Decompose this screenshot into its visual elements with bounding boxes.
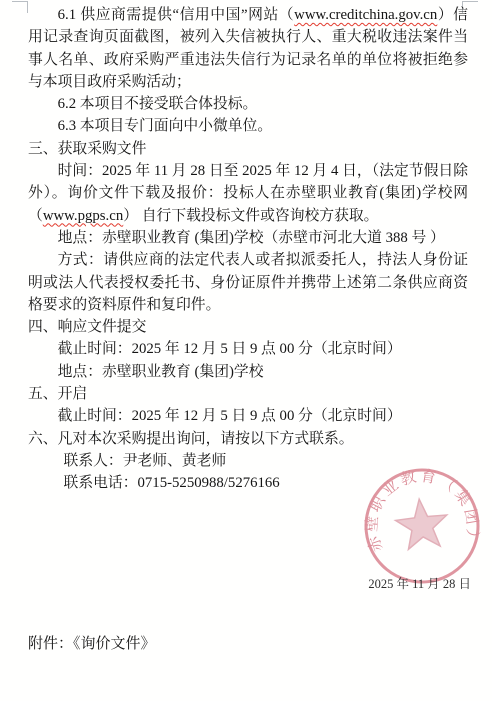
- star-icon: [394, 496, 450, 550]
- paragraph-6-2: 6.2 本项目不接受联合体投标。: [28, 93, 468, 115]
- margin-crop-mark-top-left: [12, 1, 28, 13]
- school-site-url-text: www.pgps.cn: [43, 208, 123, 224]
- paragraph-deadline-2: 截止时间：2025 年 12 月 5 日 9 点 00 分（北京时间）: [28, 405, 468, 427]
- paragraph-6-1: 6.1 供应商需提供“信用中国”网站（www.creditchina.gov.c…: [28, 4, 468, 93]
- section-heading-3: 三、获取采购文件: [28, 138, 468, 160]
- paragraph-6-3: 6.3 本项目专门面向中小微单位。: [28, 115, 468, 137]
- section-heading-5: 五、开启: [28, 383, 468, 405]
- paragraph-contact-name: 联系人：尹老师、黄老师: [28, 450, 468, 472]
- paragraph-address-2: 地点：赤壁职业教育 (集团)学校: [28, 361, 468, 383]
- creditchina-url-text: www.creditchina.gov.cn: [294, 7, 437, 23]
- paragraph-method: 方式：请供应商的法定代表人或者拟派委托人，持法人身份证明或法人代表授权委托书、身…: [28, 249, 468, 316]
- paragraph-time-post: ） 自行下载投标文件或咨询校方获取。: [123, 208, 378, 224]
- attachment-line: 附件：《询价文件》: [28, 632, 156, 653]
- paragraph-address-1: 地点：赤壁职业教育 (集团)学校（赤壁市河北大道 388 号 ）: [28, 227, 468, 249]
- document-body: 6.1 供应商需提供“信用中国”网站（www.creditchina.gov.c…: [28, 4, 468, 495]
- section-heading-6: 六、凡对本次采购提出询问，请按以下方式联系。: [28, 428, 468, 450]
- paragraph-contact-phone: 联系电话：0715-5250988/5276166: [28, 472, 468, 494]
- document-page: 6.1 供应商需提供“信用中国”网站（www.creditchina.gov.c…: [0, 0, 492, 701]
- paragraph-6-1-pre: 6.1 供应商需提供“信用中国”网站（: [58, 7, 295, 23]
- paragraph-time: 时间：2025 年 11 月 28 日至 2025 年 12 月 4 日，（法定…: [28, 160, 468, 227]
- issue-date: 2025 年 11 月 28 日: [368, 574, 471, 592]
- paragraph-deadline-1: 截止时间：2025 年 12 月 5 日 9 点 00 分（北京时间）: [28, 338, 468, 360]
- section-heading-4: 四、响应文件提交: [28, 316, 468, 338]
